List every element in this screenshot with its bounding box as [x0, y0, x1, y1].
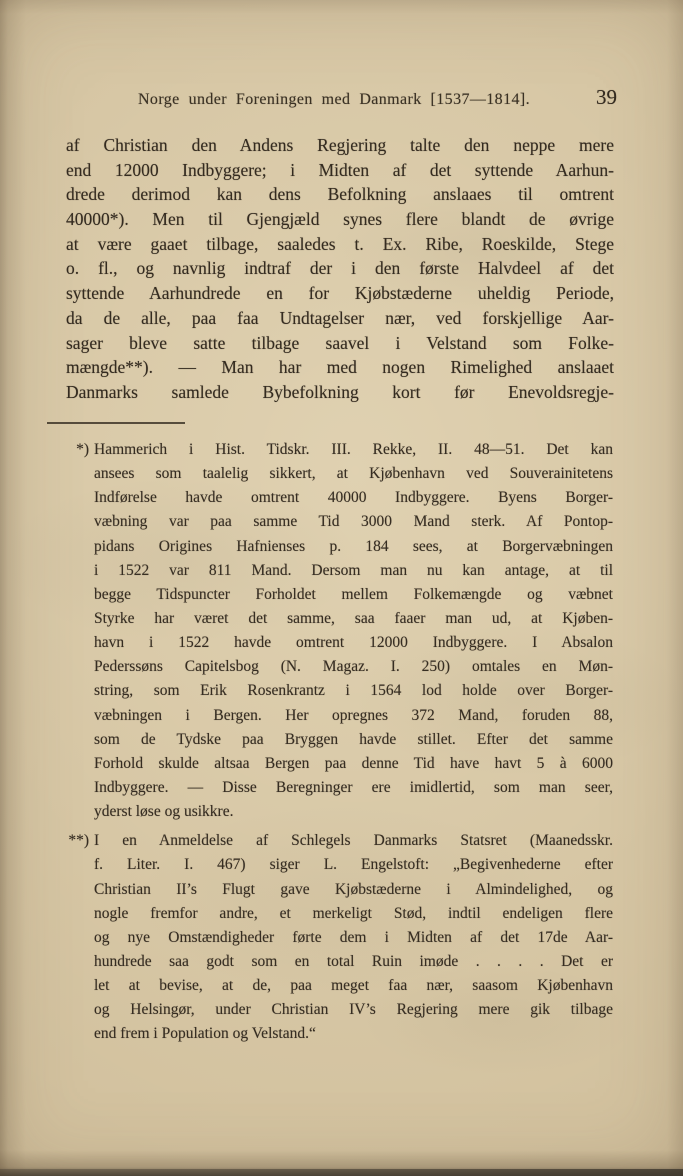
footnote-line: yderst løse og usikkre.	[94, 800, 613, 824]
footnote-1-marker: *)	[76, 438, 94, 462]
footnote-line: I en Anmeldelse af Schlegels Danmarks St…	[94, 829, 613, 853]
body-line: Danmarks samlede Bybefolkning kort før E…	[66, 380, 614, 405]
footnote-line: og nye Omstændigheder førte dem i Midten…	[94, 926, 613, 950]
footnote-line: ansees som taalelig sikkert, at Kjøbenha…	[94, 462, 613, 486]
body-line: o. fl., og navnlig indtraf der i den før…	[66, 256, 614, 281]
main-text-block: af Christian den Andens Regjering talte …	[66, 133, 614, 405]
body-line: drede derimod kan dens Befolkning anslaa…	[66, 182, 614, 207]
footnote-line: havn i 1522 havde omtrent 12000 Indbygge…	[94, 631, 613, 655]
footnote-line: Pederssøns Capitelsbog (N. Magaz. I. 250…	[94, 655, 613, 679]
scanned-book-page: Norge under Foreningen med Danmark [1537…	[0, 0, 683, 1176]
running-header-title: Norge under Foreningen med Danmark [1537…	[88, 91, 580, 109]
footnote-2: **) I en Anmeldelse af Schlegels Danmark…	[94, 829, 613, 1046]
body-line: af Christian den Andens Regjering talte …	[66, 133, 614, 158]
footnote-line: Forhold skulde altsaa Bergen paa denne T…	[94, 752, 613, 776]
footnote-line: pidans Origines Hafnienses p. 184 sees, …	[94, 535, 613, 559]
body-line: da de alle, paa faa Undtagelser nær, ved…	[66, 306, 614, 331]
body-line: mængde**). — Man har med nogen Rimelighe…	[66, 355, 614, 380]
footnote-line: Hammerich i Hist. Tidskr. III. Rekke, II…	[94, 438, 613, 462]
body-line: at være gaaet tilbage, saaledes t. Ex. R…	[66, 232, 614, 257]
page-number: 39	[596, 85, 617, 110]
footnote-line: som de Tydske paa Bryggen havde stillet.…	[94, 728, 613, 752]
footnote-line: end frem i Population og Velstand.“	[94, 1022, 613, 1046]
footnote-line: væbning var paa samme Tid 3000 Mand ster…	[94, 510, 613, 534]
footnote-line: nogle fremfor andre, et merkeligt Stød, …	[94, 902, 613, 926]
footnote-line: string, som Erik Rosenkrantz i 1564 lod …	[94, 679, 613, 703]
footnote-1: *) Hammerich i Hist. Tidskr. III. Rekke,…	[94, 438, 613, 824]
body-line: syttende Aarhundrede en for Kjøbstæderne…	[66, 281, 614, 306]
footnotes-section: *) Hammerich i Hist. Tidskr. III. Rekke,…	[94, 438, 613, 1047]
body-line: sager bleve satte tilbage saavel i Velst…	[66, 331, 614, 356]
body-line: 40000*). Men til Gjengjæld synes flere b…	[66, 207, 614, 232]
footnote-line: let at bevise, at de, paa meget faa nær,…	[94, 974, 613, 998]
footnote-line: f. Liter. I. 467) siger L. Engelstoft: „…	[94, 853, 613, 877]
footnote-line: væbningen i Bergen. Her opregnes 372 Man…	[94, 704, 613, 728]
footnote-line: Indførelse havde omtrent 40000 Indbygger…	[94, 486, 613, 510]
footnote-line: Indbyggere. — Disse Beregninger ere imid…	[94, 776, 613, 800]
footnote-line: Styrke har været det samme, saa faaer ma…	[94, 607, 613, 631]
footnote-separator-rule	[47, 422, 185, 424]
footnote-2-marker: **)	[68, 829, 94, 853]
footnote-line: i 1522 var 811 Mand. Dersom man nu kan a…	[94, 559, 613, 583]
footnote-line: og Helsingør, under Christian IV’s Regje…	[94, 998, 613, 1022]
footnote-line: Christian II’s Flugt gave Kjøbstæderne i…	[94, 878, 613, 902]
body-line: end 12000 Indbyggere; i Midten af det sy…	[66, 158, 614, 183]
page-bottom-edge-shadow	[0, 1169, 683, 1176]
footnote-line: begge Tidspuncter Forholdet mellem Folke…	[94, 583, 613, 607]
footnote-line: hundrede saa godt som en total Ruin imød…	[94, 950, 613, 974]
